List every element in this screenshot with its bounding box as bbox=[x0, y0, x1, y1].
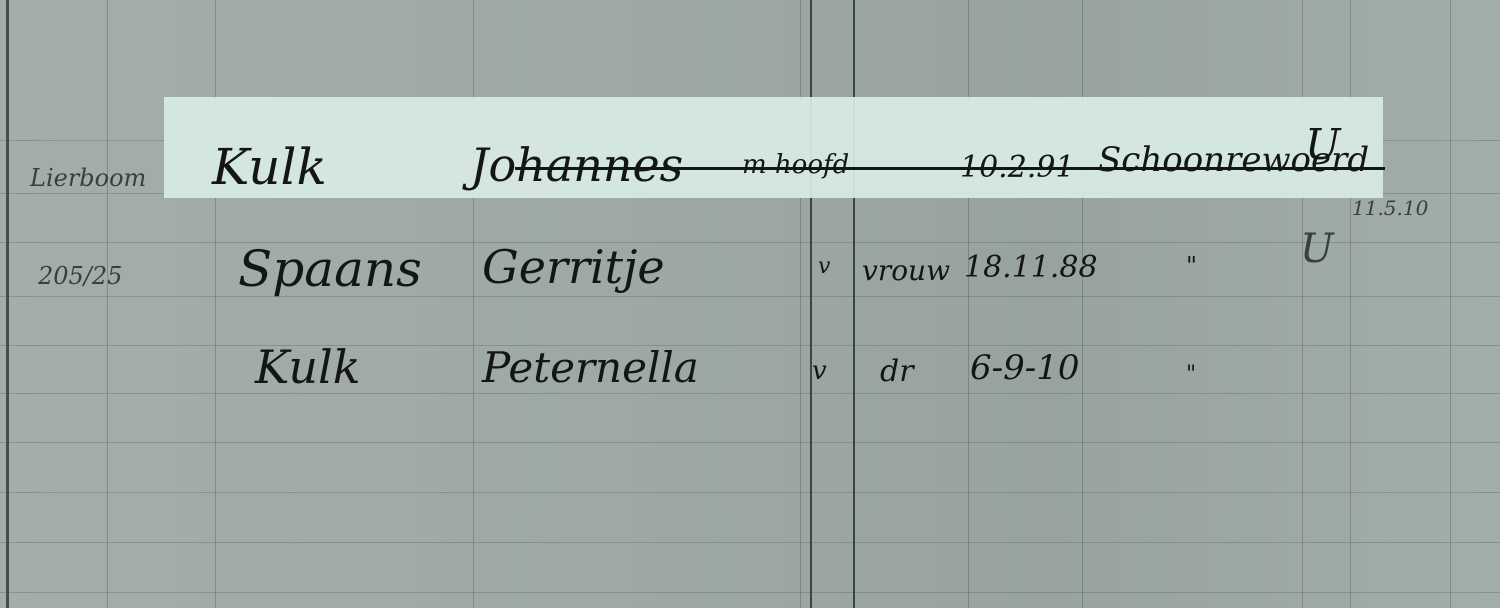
row2-relation-ditto: v bbox=[818, 254, 830, 279]
ruling-line bbox=[0, 442, 1500, 443]
row2-given-name: Gerritje bbox=[482, 240, 665, 294]
row2-birth-date: 18.11.88 bbox=[964, 250, 1098, 285]
row1-relation: m hoofd bbox=[742, 150, 849, 180]
row2-relation: vrouw bbox=[862, 254, 950, 287]
ruling-line bbox=[107, 0, 108, 608]
ruling-line bbox=[0, 542, 1500, 543]
ruling-line bbox=[473, 0, 474, 608]
column-divider bbox=[853, 0, 855, 608]
ruling-line bbox=[1450, 0, 1451, 608]
ruling-line bbox=[800, 0, 801, 608]
page-edge-line bbox=[6, 0, 9, 608]
row3-relation: dr bbox=[880, 354, 914, 389]
row1-given-name: Johannes bbox=[470, 138, 683, 192]
ruling-line bbox=[1082, 0, 1083, 608]
row1-mark: U bbox=[1305, 120, 1340, 169]
row3-relation-ditto: v bbox=[812, 356, 827, 386]
ruling-line bbox=[1302, 0, 1303, 608]
row3-place-ditto: " bbox=[1186, 362, 1196, 387]
register-page: Lierboom 205/25 Kulk Johannes m hoofd 10… bbox=[0, 0, 1500, 608]
ruling-line bbox=[215, 0, 216, 608]
row2-mark-date: 11.5.10 bbox=[1352, 196, 1428, 220]
row3-surname: Kulk bbox=[255, 340, 361, 394]
row2-mark: U bbox=[1300, 226, 1334, 272]
row1-surname: Kulk bbox=[212, 138, 327, 196]
row2-surname: Spaans bbox=[238, 240, 422, 298]
ruling-line bbox=[0, 592, 1500, 593]
margin-reference: 205/25 bbox=[38, 262, 122, 290]
row2-place-ditto: " bbox=[1186, 252, 1197, 280]
row3-given-name: Peternella bbox=[482, 343, 699, 392]
ruling-line bbox=[0, 242, 1500, 243]
margin-place: Lierboom bbox=[30, 164, 146, 192]
column-divider bbox=[810, 0, 812, 608]
ruling-line bbox=[0, 393, 1500, 394]
ruling-line bbox=[968, 0, 969, 608]
row3-birth-date: 6-9-10 bbox=[970, 348, 1080, 388]
ruling-line bbox=[1350, 0, 1351, 608]
ruling-line bbox=[0, 345, 1500, 346]
strikethrough-line bbox=[515, 167, 1385, 170]
ruling-line bbox=[0, 296, 1500, 297]
ruling-line bbox=[0, 492, 1500, 493]
